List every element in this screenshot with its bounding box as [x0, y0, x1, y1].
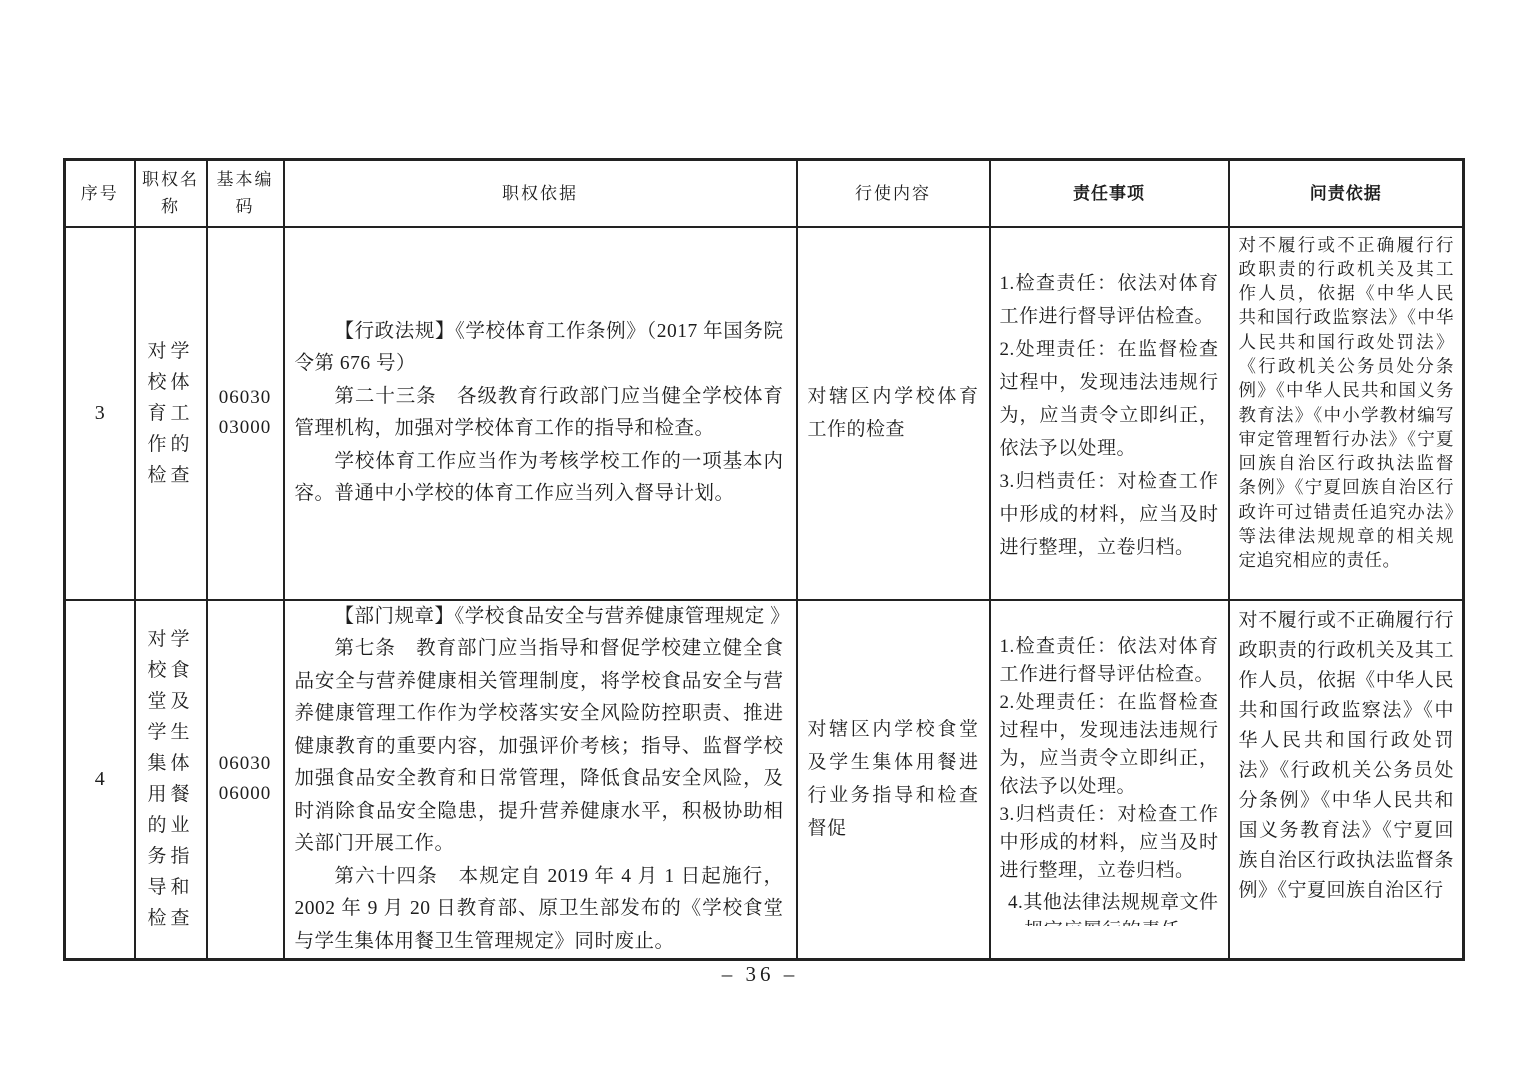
document-page: 序号 职权名称 基本编码 职权依据 行使内容 责任事项 问责依据 3 对学校体育…: [0, 0, 1520, 1074]
basis-paragraph: 学校体育工作应当作为考核学校工作的一项基本内容。普通中小学校的体育工作应当列入督…: [295, 446, 784, 511]
cell-basis: 【部门规章】《学校食品安全与营养健康管理规定 》 第七条 教育部门应当指导和督促…: [284, 600, 797, 960]
code-line: 06030: [208, 383, 283, 413]
page-number: – 36 –: [0, 962, 1520, 987]
col-header-basis: 职权依据: [284, 160, 797, 227]
col-header-accountability: 问责依据: [1229, 160, 1464, 227]
duty-list: 1.检查责任：依法对体育工作进行督导评估检查。 2.处理责任：在监督检查过程中，…: [1000, 633, 1219, 926]
accountability-text: 对不履行或不正确履行行政职责的行政机关及其工作人员，依据《中华人民共和国行政监察…: [1239, 233, 1455, 573]
exercise-content: 对辖区内学校体育工作的检查: [808, 380, 979, 446]
duty-item: 1.检查责任：依法对体育工作进行督导评估检查。: [1000, 633, 1219, 689]
cell-code: 06030 03000: [207, 227, 284, 600]
table-row-4: 4 对学校食堂及学生集体用餐的业务指导和检查 06030 06000 【部门规章…: [65, 600, 1464, 960]
duty-item: 1.检查责任：依法对体育工作进行督导评估检查。: [1000, 267, 1219, 333]
cell-accountability: 对不履行或不正确履行行政职责的行政机关及其工作人员，依据《中华人民共和国行政监察…: [1229, 600, 1464, 960]
duty-list: 1.检查责任：依法对体育工作进行督导评估检查。 2.处理责任：在监督检查过程中，…: [1000, 267, 1219, 560]
cell-content: 对辖区内学校食堂及学生集体用餐进行业务指导和检查督促: [797, 600, 990, 960]
duty-item: 3.归档责任：对检查工作中形成的材料，应当及时进行整理，立卷归档。: [1000, 465, 1219, 560]
basis-paragraph: 第六十四条 本规定自 2019 年 4 月 1 日起施行，2002 年 9 月 …: [295, 861, 784, 959]
code-line: 03000: [208, 413, 283, 443]
authority-table: 序号 职权名称 基本编码 职权依据 行使内容 责任事项 问责依据 3 对学校体育…: [63, 158, 1465, 961]
basis-paragraph: 【部门规章】《学校食品安全与营养健康管理规定 》: [295, 601, 784, 634]
basis-paragraph: 【行政法规】《学校体育工作条例》（2017 年国务院令第 676 号）: [295, 316, 784, 381]
cell-name: 对学校食堂及学生集体用餐的业务指导和检查: [135, 600, 207, 960]
col-header-duty: 责任事项: [990, 160, 1229, 227]
authority-name: 对学校体育工作的检查: [148, 336, 194, 491]
basis-paragraph: 第七条 教育部门应当指导和督促学校建立健全食品安全与营养健康相关管理制度，将学校…: [295, 633, 784, 861]
exercise-content: 对辖区内学校食堂及学生集体用餐进行业务指导和检查督促: [808, 713, 979, 845]
table-row-3: 3 对学校体育工作的检查 06030 03000 【行政法规】《学校体育工作条例…: [65, 227, 1464, 600]
cell-index: 4: [65, 600, 135, 960]
duty-item: 3.归档责任：对检查工作中形成的材料，应当及时进行整理，立卷归档。: [1000, 801, 1219, 885]
col-header-name: 职权名称: [135, 160, 207, 227]
duty-item: 2.处理责任：在监督检查过程中，发现违法违规行为，应当责令立即纠正，依法予以处理…: [1000, 689, 1219, 801]
cell-basis: 【行政法规】《学校体育工作条例》（2017 年国务院令第 676 号） 第二十三…: [284, 227, 797, 600]
authority-name: 对学校食堂及学生集体用餐的业务指导和检查: [148, 624, 194, 934]
duty-item: 4.其他法律法规规章文件规定应履行的责任。: [1000, 889, 1219, 926]
col-header-code: 基本编码: [207, 160, 284, 227]
cell-index: 3: [65, 227, 135, 600]
cell-accountability: 对不履行或不正确履行行政职责的行政机关及其工作人员，依据《中华人民共和国行政监察…: [1229, 227, 1464, 600]
cell-code: 06030 06000: [207, 600, 284, 960]
cell-duty: 1.检查责任：依法对体育工作进行督导评估检查。 2.处理责任：在监督检查过程中，…: [990, 227, 1229, 600]
cell-name: 对学校体育工作的检查: [135, 227, 207, 600]
basis-paragraph: 第二十三条 各级教育行政部门应当健全学校体育管理机构，加强对学校体育工作的指导和…: [295, 381, 784, 446]
table-header-row: 序号 职权名称 基本编码 职权依据 行使内容 责任事项 问责依据: [65, 160, 1464, 227]
col-header-content: 行使内容: [797, 160, 990, 227]
duty-item: 2.处理责任：在监督检查过程中，发现违法违规行为，应当责令立即纠正，依法予以处理…: [1000, 333, 1219, 465]
col-header-index: 序号: [65, 160, 135, 227]
code-line: 06000: [208, 779, 283, 809]
cell-duty: 1.检查责任：依法对体育工作进行督导评估检查。 2.处理责任：在监督检查过程中，…: [990, 600, 1229, 960]
cell-content: 对辖区内学校体育工作的检查: [797, 227, 990, 600]
code-line: 06030: [208, 749, 283, 779]
accountability-text: 对不履行或不正确履行行政职责的行政机关及其工作人员，依据《中华人民共和国行政监察…: [1239, 606, 1455, 904]
